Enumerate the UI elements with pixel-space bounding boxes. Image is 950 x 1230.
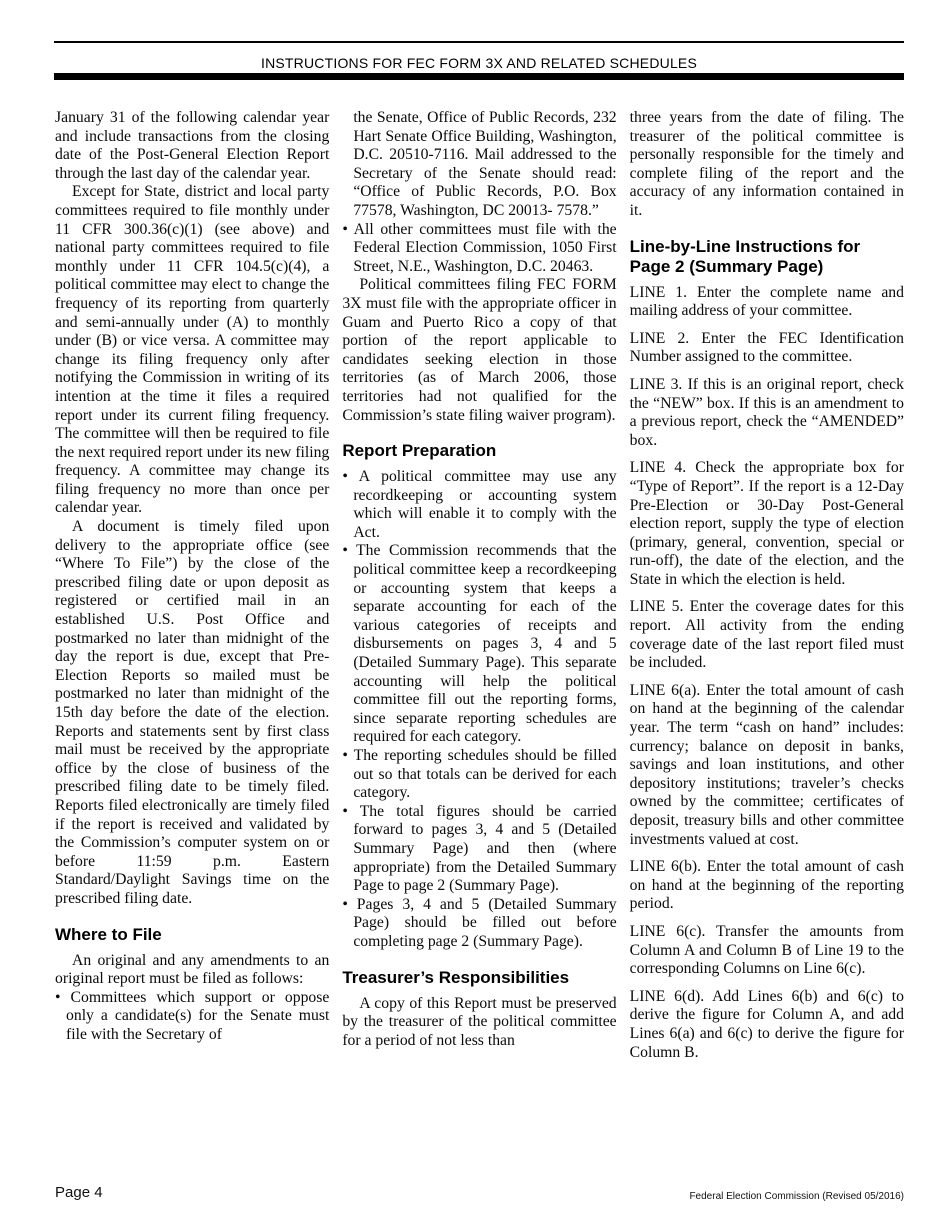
bullet-text: The total figures should be carried forw…: [353, 803, 616, 894]
paragraph: Political committees filing FEC FORM 3X …: [342, 276, 616, 425]
footer-credit: Federal Election Commission (Revised 05/…: [689, 1191, 904, 1202]
paragraph: the Senate, Office of Public Records, 23…: [342, 109, 616, 221]
section-heading: Treasurer’s Responsibilities: [342, 968, 616, 988]
bullet-icon: •: [342, 221, 353, 238]
paragraph: LINE 2. Enter the FEC Identification Num…: [630, 330, 904, 367]
page-header: INSTRUCTIONS FOR FEC FORM 3X AND RELATED…: [54, 41, 904, 80]
paragraph: LINE 4. Check the appropriate box for “T…: [630, 459, 904, 589]
section-heading: Report Preparation: [342, 441, 616, 461]
paragraph: LINE 3. If this is an original report, c…: [630, 376, 904, 450]
bullet-item: • A political committee may use any reco…: [342, 468, 616, 542]
paragraph: LINE 6(a). Enter the total amount of cas…: [630, 682, 904, 849]
paragraph: A document is timely filed upon delivery…: [55, 518, 329, 908]
paragraph: three years from the date of filing. The…: [630, 109, 904, 221]
paragraph: Except for State, district and local par…: [55, 183, 329, 518]
bullet-item: • The total figures should be carried fo…: [342, 803, 616, 896]
paragraph: LINE 6(c). Transfer the amounts from Col…: [630, 923, 904, 979]
text-column-3: three years from the date of filing. The…: [630, 109, 904, 1164]
paragraph: A copy of this Report must be preserved …: [342, 995, 616, 1051]
section-heading: Line-by-Line Instructions for Page 2 (Su…: [630, 237, 904, 277]
bullet-text: The reporting schedules should be filled…: [353, 747, 616, 801]
bullet-item: • The reporting schedules should be fill…: [342, 747, 616, 803]
text-column-1: January 31 of the following calendar yea…: [55, 109, 329, 1164]
bullet-text: Pages 3, 4 and 5 (Detailed Summary Page)…: [353, 896, 616, 950]
paragraph: January 31 of the following calendar yea…: [55, 109, 329, 183]
page-number: Page 4: [55, 1184, 103, 1201]
bullet-item: • Committees which support or oppose onl…: [55, 989, 329, 1045]
bullet-text: All other committees must file with the …: [353, 221, 616, 275]
paragraph: LINE 1. Enter the complete name and mail…: [630, 284, 904, 321]
bullet-text: The Commission recommends that the polit…: [353, 542, 616, 745]
header-title: INSTRUCTIONS FOR FEC FORM 3X AND RELATED…: [54, 43, 904, 70]
text-column-2: the Senate, Office of Public Records, 23…: [342, 109, 616, 1164]
header-bottom-bar: [54, 73, 904, 80]
bullet-item: • The Commission recommends that the pol…: [342, 542, 616, 747]
document-page: INSTRUCTIONS FOR FEC FORM 3X AND RELATED…: [0, 0, 950, 1230]
paragraph: LINE 6(b). Enter the total amount of cas…: [630, 858, 904, 914]
paragraph: LINE 5. Enter the coverage dates for thi…: [630, 598, 904, 672]
paragraph: An original and any amendments to an ori…: [55, 952, 329, 989]
bullet-text: A political committee may use any record…: [353, 468, 616, 541]
bullet-text: Committees which support or oppose only …: [66, 989, 329, 1043]
bullet-icon: •: [342, 542, 356, 559]
bullet-item: • All other committees must file with th…: [342, 221, 616, 277]
bullet-icon: •: [342, 896, 356, 913]
bullet-icon: •: [342, 747, 353, 764]
bullet-icon: •: [342, 803, 359, 820]
bullet-icon: •: [55, 989, 71, 1006]
bullet-icon: •: [342, 468, 358, 485]
page-body: January 31 of the following calendar yea…: [55, 109, 904, 1164]
paragraph: LINE 6(d). Add Lines 6(b) and 6(c) to de…: [630, 988, 904, 1062]
section-heading: Where to File: [55, 925, 329, 945]
bullet-item: • Pages 3, 4 and 5 (Detailed Summary Pag…: [342, 896, 616, 952]
